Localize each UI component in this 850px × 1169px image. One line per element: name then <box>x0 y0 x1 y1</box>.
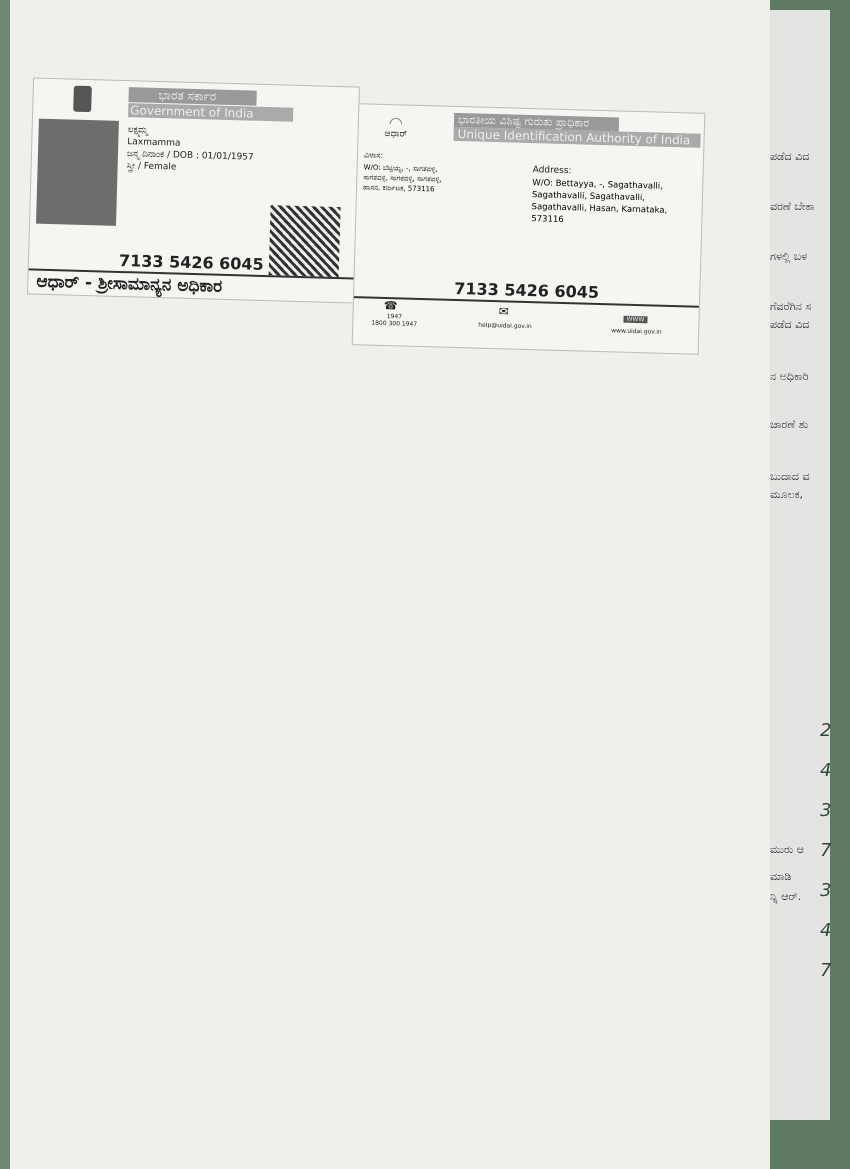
www-icon: WWW <box>623 316 647 324</box>
website-url: www.uidai.gov.in <box>611 327 662 335</box>
qr-code <box>269 205 341 277</box>
emblem-icon <box>73 86 92 112</box>
background-text-line: ವರಣೆ ಬೇಕಾ <box>770 200 814 214</box>
handwritten-mark: 4 <box>820 920 831 941</box>
handwritten-mark: 2 <box>820 720 831 741</box>
background-text-line: ಗೆವರೆಗಿನ ಸ <box>770 300 811 314</box>
background-text-line: ಮುರು ಆ <box>770 843 804 857</box>
uidai-header-english: Unique Identification Authority of India <box>453 127 700 148</box>
handwritten-mark: 7 <box>820 960 831 981</box>
background-text-line: ಚಾರಣೆ ಶು <box>770 418 808 432</box>
background-text-line: ನ್ನಿ ಆರ್. <box>770 890 801 904</box>
handwritten-mark: 7 <box>820 840 831 861</box>
aadhaar-number-back: 7133 5426 6045 <box>454 279 599 302</box>
aadhaar-card-back: ◠ ಆಧಾರ್ ಭಾರತೀಯ ವಿಶಿಷ್ಟ ಗುರುತು ಪ್ರಾಧಿಕಾರ … <box>352 103 706 355</box>
aadhaar-number: 7133 5426 6045 <box>119 251 264 274</box>
name-kannada: ಲಕ್ಷ್ಮಮ್ಮ <box>128 125 149 136</box>
aadhaar-logo-label: ಆಧಾರ್ <box>384 129 407 140</box>
phone-numbers: 19471800 300 1947 <box>371 313 417 328</box>
background-text-line: ಗಳಲ್ಲಿ ಬಳ <box>770 250 807 264</box>
background-text-line: ನ ಅಧಿಕಾರಿ <box>770 370 809 384</box>
background-text-line: ಮೂಲಕ, <box>770 488 803 502</box>
background-text-line: ಪಡೆದ ವಿದ <box>770 318 809 332</box>
background-text-line: ಪಡೆದ ವಿದ <box>770 150 809 164</box>
name-english: Laxmamma <box>127 137 180 148</box>
background-text-line: ಮಾಡಿ <box>770 870 791 884</box>
address-label-kannada: ವಿಳಾಸ: <box>364 150 384 161</box>
gender: ಸ್ತ್ರೀ / Female <box>127 161 177 172</box>
photo <box>36 119 119 226</box>
handwritten-mark: 4 <box>820 760 831 781</box>
header-english: Government of India <box>128 103 294 122</box>
date-of-birth: ಜನ್ಮ ದಿನಾಂಕ / DOB : 01/01/1957 <box>127 149 254 163</box>
email-address: help@uidai.gov.in <box>478 322 532 330</box>
aadhaar-card-front: ಭಾರತ ಸರ್ಕಾರ Government of India ಲಕ್ಷ್ಮಮ್… <box>27 77 360 303</box>
handwritten-mark: 3 <box>820 880 831 901</box>
email-icon: ✉ <box>498 304 508 318</box>
card-footer-tagline: ಆಧಾರ್ - ಶ್ರೀಸಾಮಾನ್ಯನ ಅಧಿಕಾರ <box>36 272 222 297</box>
background-text-line: ಬುದಾದ ವ <box>770 470 810 484</box>
address-english: W/O: Bettayya, -, Sagathavalli,Sagathava… <box>531 177 668 229</box>
address-kannada: W/O: ಬೆಟ್ಟಯ್ಯ, -, ಸಾಗತವಳ್ಳಿ,ಸಾಗತವಳ್ಳಿ, ಸ… <box>363 162 442 194</box>
phone-icon: ☎ <box>384 299 398 312</box>
address-label-english: Address: <box>533 165 572 176</box>
handwritten-mark: 3 <box>820 800 831 821</box>
